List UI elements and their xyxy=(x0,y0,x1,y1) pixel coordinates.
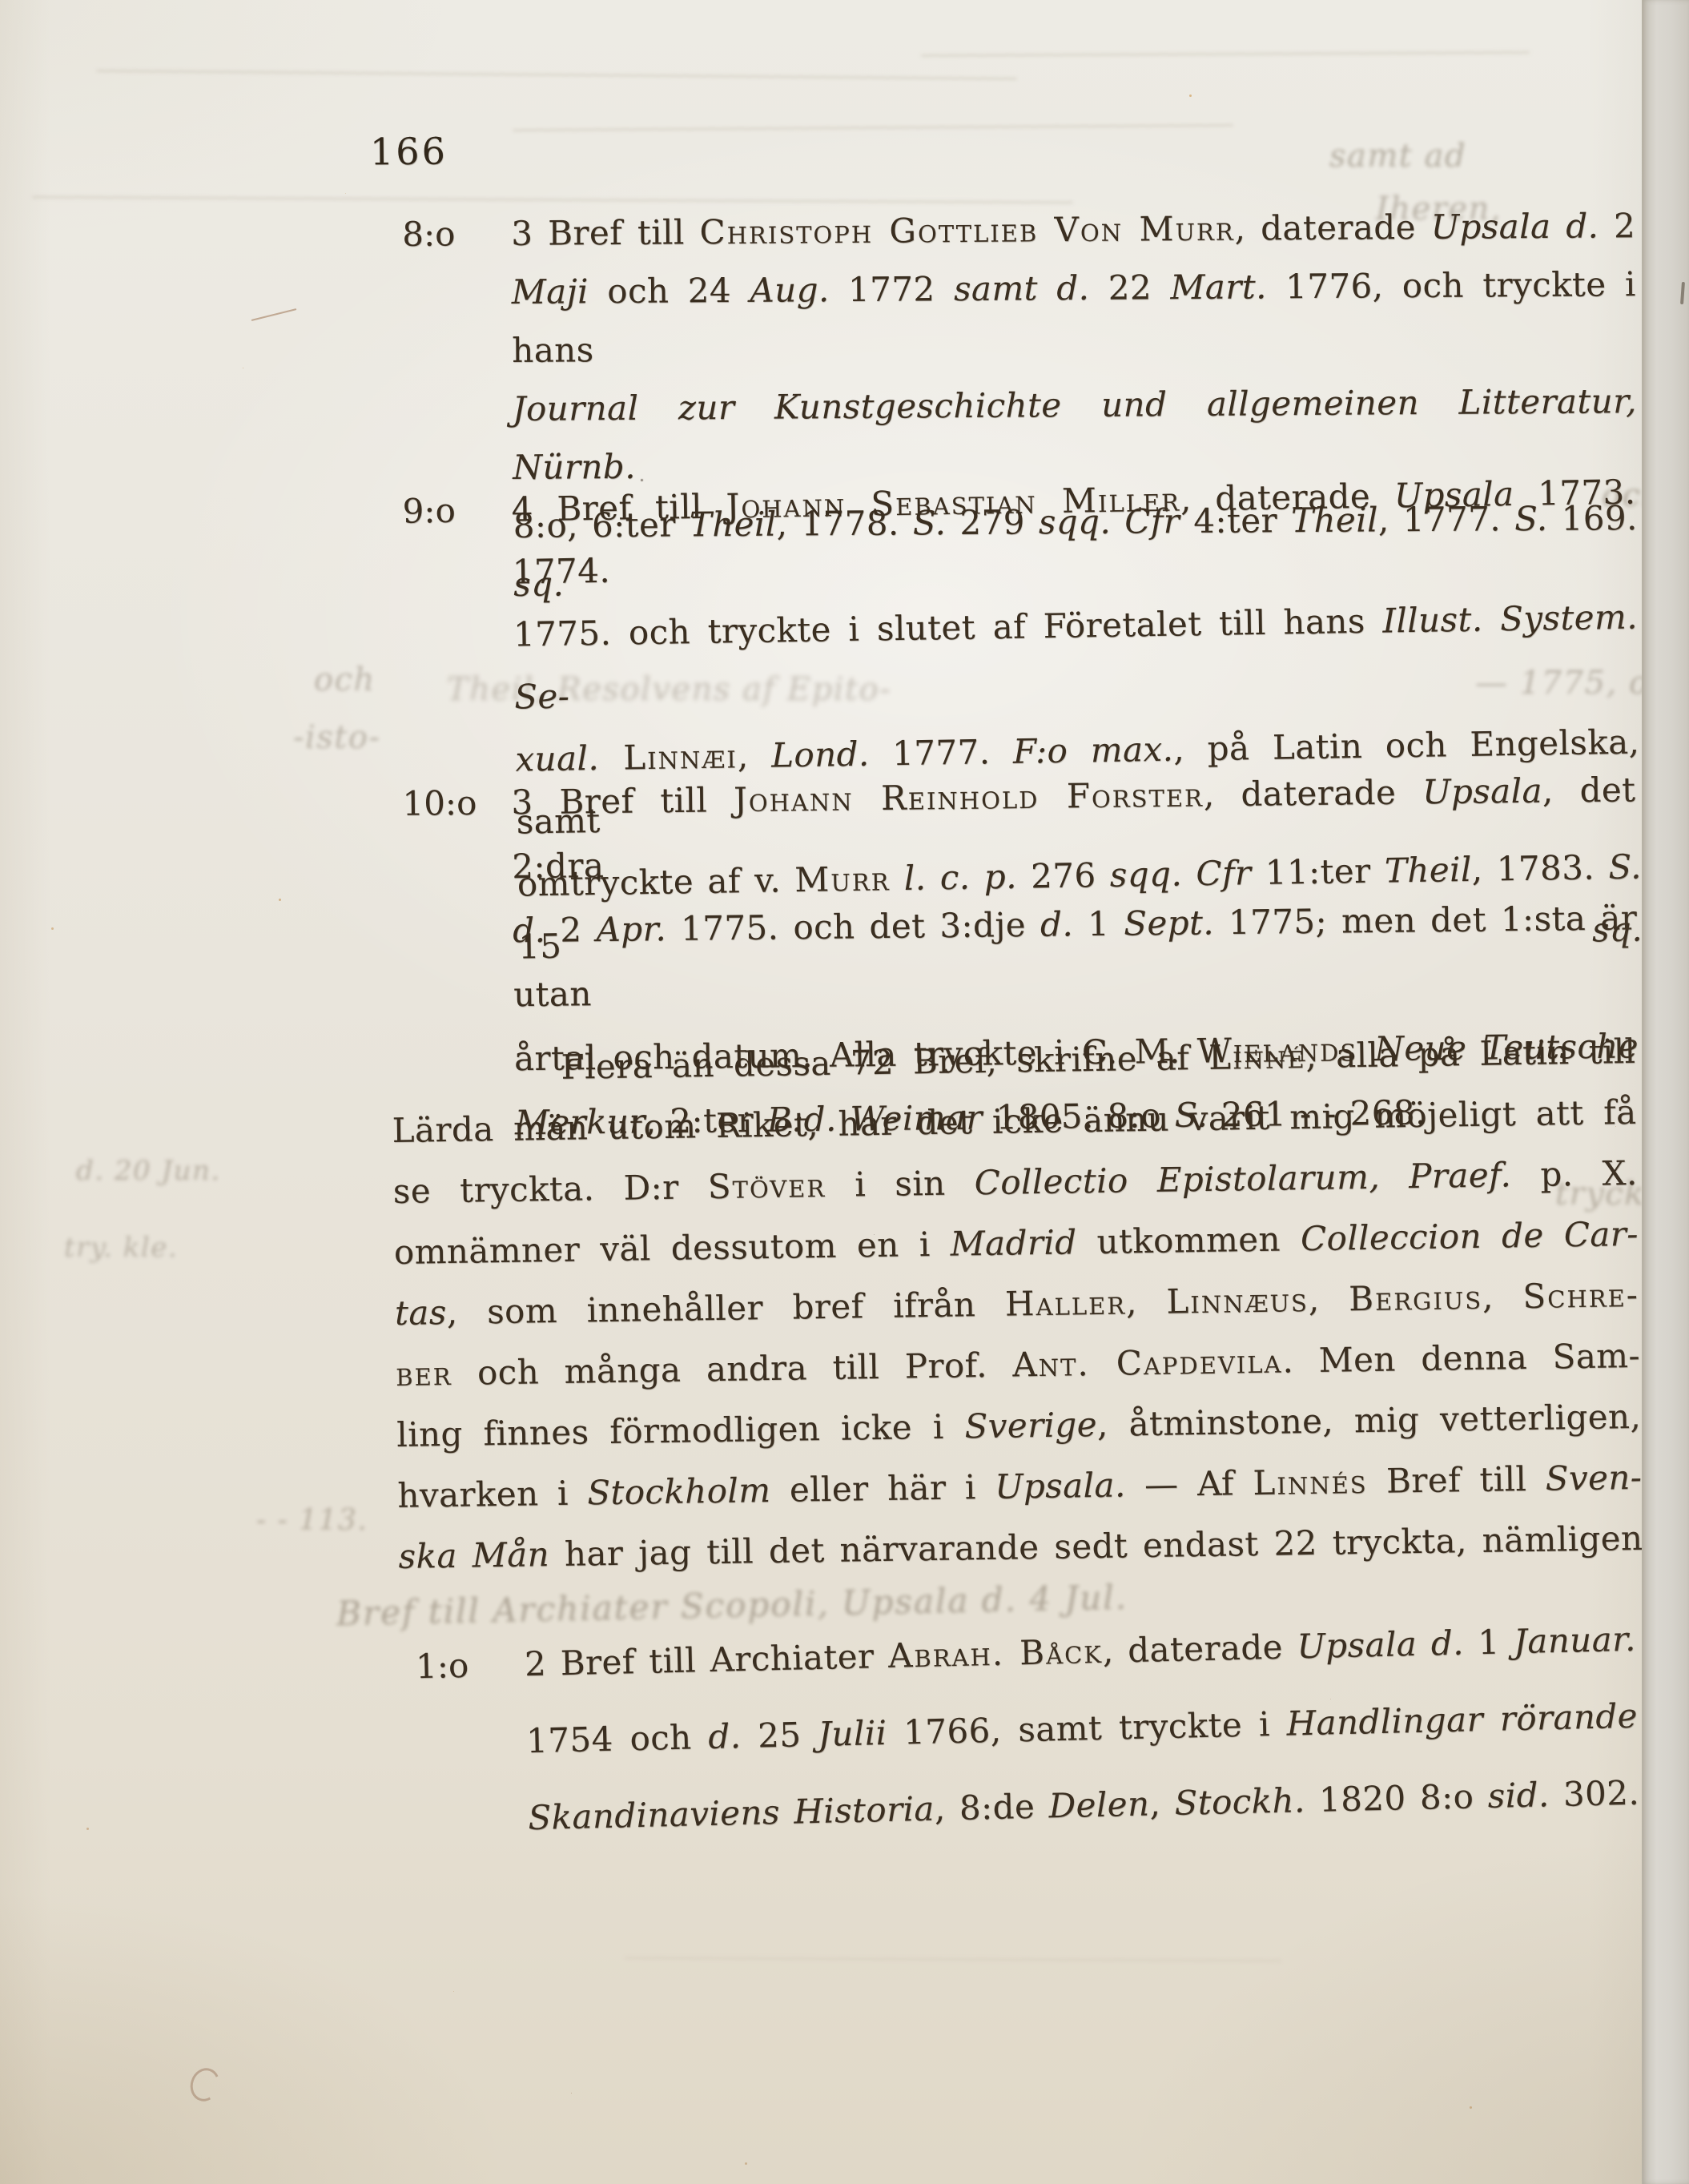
text-segment: Sept. xyxy=(1124,903,1214,943)
entry-number-label: 10:o xyxy=(402,771,477,836)
text-segment: Flera än dessa 72 Bref, skrifne af xyxy=(561,1038,1208,1087)
text-segment: Julii xyxy=(818,1713,887,1754)
text-segment: Collectio Epistolarum, Praef. xyxy=(974,1155,1511,1202)
text-line: 3 Bref till Christoph Gottlieb Von Murr,… xyxy=(511,196,1635,263)
bleed-through-text: - - 113. xyxy=(256,1504,368,1537)
text-segment: Bergius xyxy=(1349,1277,1483,1318)
text-segment: i sin xyxy=(826,1163,975,1205)
entry-number-label: 9:o xyxy=(402,480,456,543)
text-segment: 22 xyxy=(1089,267,1170,308)
bleed-through-text: try. kle. xyxy=(64,1232,178,1264)
text-segment: 1775. och det 3:dje xyxy=(666,905,1040,948)
paper-wrinkle xyxy=(96,70,1017,80)
text-segment: d. xyxy=(708,1716,742,1756)
text-segment: Upsala xyxy=(1422,771,1542,812)
text-segment: Johann Sebastian Miller xyxy=(726,480,1180,526)
text-segment: Madrid xyxy=(950,1222,1076,1263)
text-segment: tas xyxy=(395,1293,447,1333)
text-segment: Stockholm xyxy=(587,1470,771,1512)
text-segment: Stöver xyxy=(707,1165,826,1206)
text-segment: utkommen xyxy=(1076,1219,1301,1261)
text-segment: , daterade xyxy=(1180,476,1394,518)
text-segment: Aug. xyxy=(750,270,830,310)
bleed-through-text: och xyxy=(314,662,376,698)
text-segment: 3 Bref till xyxy=(511,780,734,822)
text-segment: , alla på Latin till xyxy=(1305,1032,1636,1076)
text-segment: Delen xyxy=(1048,1784,1150,1826)
text-line: d. 2 Apr. 1775. och det 3:dje d. 1 Sept.… xyxy=(513,886,1639,1027)
text-line: 3 Bref till Johann Reinhold Forster, dat… xyxy=(511,758,1637,899)
text-segment: Haller xyxy=(1005,1282,1127,1323)
text-segment: 1766, samt tryckte i xyxy=(887,1704,1287,1752)
pencil-mark xyxy=(186,2064,223,2105)
bleed-through-text: samt ad xyxy=(1329,138,1466,175)
text-segment: Sverige xyxy=(964,1405,1097,1446)
text-segment: Colleccion de Car- xyxy=(1301,1214,1639,1258)
text-segment: , xyxy=(1126,1282,1167,1322)
text-segment: Johann Reinhold Forster xyxy=(734,774,1204,819)
text-segment: Bref till xyxy=(1367,1459,1546,1501)
text-segment: Upsala xyxy=(1393,474,1514,515)
text-segment: och många andra till Prof. xyxy=(452,1345,1012,1393)
text-segment: , xyxy=(1482,1277,1523,1317)
text-segment: 2 xyxy=(1614,206,1635,245)
entry-number-label: 8:o xyxy=(402,204,456,263)
paragraph-block: Flera än dessa 72 Bref, skrifne af Linné… xyxy=(391,1021,1643,1587)
paper-scratch xyxy=(251,308,297,321)
text-segment: Linnæus xyxy=(1166,1280,1309,1321)
text-segment: eller här i xyxy=(770,1467,995,1510)
text-segment: Abrah. Båck xyxy=(887,1631,1103,1675)
text-segment: ling finnes förmodligen icke i xyxy=(396,1406,965,1454)
text-line: Maji och 24 Aug. 1772 samt d. 22 Mart. 1… xyxy=(512,255,1637,380)
text-segment: , xyxy=(1308,1279,1349,1319)
text-segment: 2 xyxy=(545,910,597,950)
text-segment: Handlingar rörande xyxy=(1286,1696,1638,1744)
text-segment: Ant. Capdevila xyxy=(1012,1341,1283,1385)
text-segment: och 24 xyxy=(589,271,750,311)
text-line: 4 Bref till Johann Sebastian Miller, dat… xyxy=(511,461,1637,604)
text-segment: Apr. xyxy=(596,909,666,949)
text-segment: 1820 8:o xyxy=(1305,1776,1488,1820)
text-segment: — Af xyxy=(1125,1463,1253,1504)
text-segment: Upsala d. xyxy=(1431,206,1615,247)
text-segment: 1 xyxy=(1463,1622,1514,1662)
text-segment: , åtminstone, mig vetterligen, xyxy=(1097,1397,1642,1444)
text-segment: Sven- xyxy=(1545,1458,1642,1498)
entry-block-1:o: 1:o2 Bref till Archiater Abrah. Båck, da… xyxy=(391,1601,1640,1860)
page-right-edge xyxy=(1642,0,1689,2184)
bleed-through-text: d. 20 Jun. xyxy=(76,1155,221,1187)
text-segment: samt d. xyxy=(954,268,1090,308)
text-segment: d. xyxy=(1040,904,1074,943)
text-segment: Schre- xyxy=(1522,1275,1639,1316)
text-segment: Christoph Gottlieb Von Murr xyxy=(699,209,1234,252)
text-segment: , daterade xyxy=(1102,1627,1297,1670)
text-segment: hvarken i xyxy=(397,1473,588,1515)
text-segment: har jag till det närvarande sedt endast … xyxy=(549,1518,1643,1574)
text-segment: . Men denna Sam- xyxy=(1282,1336,1640,1381)
text-segment: ber xyxy=(396,1353,452,1394)
text-segment: 1775. och tryckte i slutet af Företalet … xyxy=(513,601,1383,654)
text-segment: Linnés xyxy=(1253,1462,1368,1502)
paper-wrinkle xyxy=(513,124,1233,131)
entry-number-label: 1:o xyxy=(415,1627,469,1705)
text-segment: , 8:de xyxy=(934,1786,1049,1828)
text-segment: Maji xyxy=(512,271,589,312)
text-segment: 1754 och xyxy=(526,1717,709,1760)
text-segment: 2 Bref till Archiater xyxy=(524,1636,888,1683)
paper-wrinkle xyxy=(625,1957,1281,1962)
text-segment: , som innehåller bref ifrån xyxy=(446,1285,1005,1332)
text-segment: sid. xyxy=(1487,1775,1550,1816)
text-segment: 1772 xyxy=(829,269,954,309)
text-segment: , xyxy=(1149,1784,1175,1824)
text-segment: Upsala d. xyxy=(1297,1623,1464,1667)
page-number: 166 xyxy=(370,129,448,173)
text-segment: p. X. xyxy=(1511,1153,1638,1194)
text-line: 1775. och tryckte i slutet af Företalet … xyxy=(513,586,1639,729)
text-segment: 25 xyxy=(741,1715,818,1756)
text-segment: 3 Bref till xyxy=(511,212,700,253)
text-segment: , daterade xyxy=(1204,772,1423,814)
text-segment: omnämner väl dessutom en i xyxy=(394,1225,951,1272)
book-page-scan: samt ad Iheren, och och -isto- d. 20 Jun… xyxy=(0,0,1689,2184)
text-segment: Upsala. xyxy=(995,1465,1126,1506)
bleed-through-text: -isto- xyxy=(293,719,381,756)
paper-specks xyxy=(0,0,2,2)
text-segment: Stockh. xyxy=(1174,1780,1305,1823)
text-segment: Lärda män utom Riket, har det icke ännu … xyxy=(392,1092,1637,1150)
text-segment: 302. xyxy=(1549,1773,1640,1815)
text-segment: 4 Bref till xyxy=(511,486,726,529)
paper-wrinkle xyxy=(921,51,1530,57)
text-segment: ska Mån xyxy=(398,1534,549,1576)
text-segment: Mart. xyxy=(1170,267,1267,307)
text-segment: Linné xyxy=(1208,1036,1306,1077)
text-segment: , daterade xyxy=(1234,207,1430,248)
text-segment: d. xyxy=(513,911,546,950)
text-segment: Januar. xyxy=(1514,1619,1637,1661)
text-segment: Skandinaviens Historia xyxy=(528,1789,935,1838)
text-segment: 1 xyxy=(1073,904,1124,944)
text-segment: se tryckta. D:r xyxy=(392,1167,708,1211)
